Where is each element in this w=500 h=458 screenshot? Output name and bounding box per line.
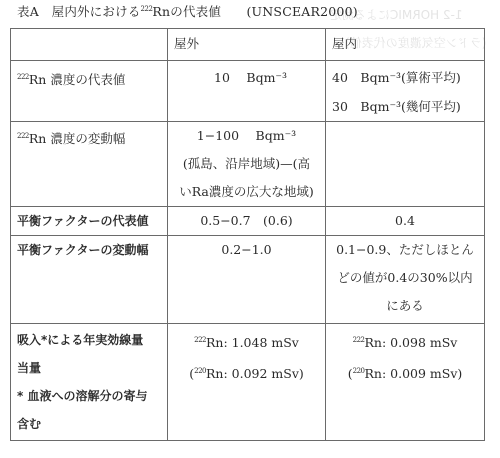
- isotope-mass: 222: [194, 336, 206, 344]
- row-label-text: 濃度の変動幅: [50, 131, 125, 146]
- isotope-mass: 222: [17, 132, 29, 140]
- row-label: 吸入*による年実効線量当量* 血液への溶解分の寄与含む: [11, 324, 168, 441]
- dose-text: Rn: 0.098 mSv: [364, 335, 457, 350]
- indoor-value: [326, 122, 485, 207]
- isotope-mass: 220: [353, 367, 365, 375]
- value-line: 222Rn: 1.048 mSv: [174, 326, 319, 357]
- row-label: 222Rn 濃度の代表値: [11, 61, 168, 122]
- value-line: いRa濃度の広大な地域): [174, 178, 319, 206]
- value-line: (220Rn: 0.009 mSv): [332, 357, 478, 388]
- value-line: 0.1−0.9、ただしほとん: [332, 236, 478, 264]
- indoor-value: 0.1−0.9、ただしほとんどの値が0.4の30%以内にある: [326, 236, 485, 324]
- row-label: 平衡ファクターの代表値: [11, 207, 168, 236]
- caption-isotope-mass: 222: [141, 5, 153, 13]
- indoor-value: 40 Bqm⁻³(算術平均)30 Bqm⁻³(幾何平均): [326, 61, 485, 122]
- row-label: 平衡ファクターの変動幅: [11, 236, 168, 324]
- label-line: 含む: [17, 410, 161, 438]
- row-label-text: 濃度の代表値: [50, 72, 125, 87]
- header-cell-empty: [11, 29, 168, 61]
- isotope-mass: 220: [194, 367, 206, 375]
- caption-suffix: の代表値 (UNSCEAR2000): [170, 4, 358, 19]
- value-line: 30 Bqm⁻³(幾何平均): [332, 92, 478, 121]
- outdoor-value: 1−100 Bqm⁻³(孤島、沿岸地域)—(高いRa濃度の広大な地域): [168, 122, 326, 207]
- isotope-symbol: Rn: [29, 72, 46, 87]
- isotope-mass: 222: [17, 73, 29, 81]
- caption-isotope-symbol: Rn: [152, 4, 170, 19]
- table-row: 平衡ファクターの変動幅 0.2−1.0 0.1−0.9、ただしほとんどの値が0.…: [11, 236, 485, 324]
- dose-text: Rn: 0.092 mSv): [206, 366, 304, 381]
- table-row: 222Rn 濃度の代表値 10 Bqm⁻³ 40 Bqm⁻³(算術平均)30 B…: [11, 61, 485, 122]
- value-line: にある: [332, 292, 478, 320]
- outdoor-value: 222Rn: 1.048 mSv (220Rn: 0.092 mSv): [168, 324, 326, 441]
- indoor-value: 0.4: [326, 207, 485, 236]
- label-line: 当量: [17, 354, 161, 382]
- dose-text: Rn: 1.048 mSv: [206, 335, 299, 350]
- outdoor-value: 0.2−1.0: [168, 236, 326, 324]
- outdoor-value: 10 Bqm⁻³: [168, 61, 326, 122]
- label-line: * 血液への溶解分の寄与: [17, 382, 161, 410]
- table-header-row: 屋外 屋内: [11, 29, 485, 61]
- value-line: (220Rn: 0.092 mSv): [174, 357, 319, 388]
- caption-prefix: 表A 屋内外における: [17, 4, 141, 19]
- isotope-symbol: Rn: [29, 131, 46, 146]
- value-line: 222Rn: 0.098 mSv: [332, 326, 478, 357]
- table-row: 吸入*による年実効線量当量* 血液への溶解分の寄与含む 222Rn: 1.048…: [11, 324, 485, 441]
- indoor-value: 222Rn: 0.098 mSv (220Rn: 0.009 mSv): [326, 324, 485, 441]
- value-line: 1−100 Bqm⁻³: [174, 122, 319, 150]
- row-label: 222Rn 濃度の変動幅: [11, 122, 168, 207]
- isotope-mass: 222: [353, 336, 365, 344]
- outdoor-value: 0.5−0.7 (0.6): [168, 207, 326, 236]
- value-line: どの値が0.4の30%以内: [332, 264, 478, 292]
- table-caption: 表A 屋内外における222Rnの代表値 (UNSCEAR2000): [17, 2, 358, 20]
- dose-text: Rn: 0.009 mSv): [365, 366, 463, 381]
- table-row: 平衡ファクターの代表値 0.5−0.7 (0.6) 0.4: [11, 207, 485, 236]
- radon-values-table: 屋外 屋内 222Rn 濃度の代表値 10 Bqm⁻³ 40 Bqm⁻³(算術平…: [10, 28, 485, 441]
- value-line: 10 Bqm⁻³: [214, 63, 319, 92]
- value-line: (孤島、沿岸地域)—(高: [174, 150, 319, 178]
- value-line: 40 Bqm⁻³(算術平均): [332, 63, 478, 92]
- table-row: 222Rn 濃度の変動幅 1−100 Bqm⁻³(孤島、沿岸地域)—(高いRa濃…: [11, 122, 485, 207]
- header-cell-indoor: 屋内: [326, 29, 485, 61]
- label-line: 吸入*による年実効線量: [17, 326, 161, 354]
- header-cell-outdoor: 屋外: [168, 29, 326, 61]
